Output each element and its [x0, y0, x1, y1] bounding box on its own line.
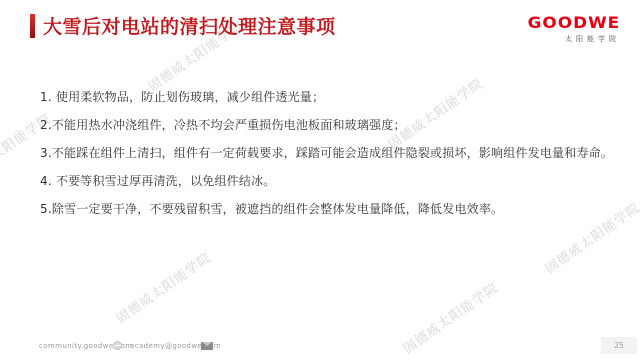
watermark: 固德威太阳能学院	[112, 247, 215, 327]
list-item: 3.不能踩在组件上清扫，组件有一定荷载要求，踩踏可能会造成组件隐裂或损坏，影响组…	[40, 146, 610, 160]
page-number-box: 25	[601, 337, 637, 354]
slide-footer: community.goodwe.com academy@goodwe.com …	[0, 334, 640, 360]
logo-subtitle: 太阳能学院	[532, 34, 620, 44]
title-accent-bar	[30, 14, 35, 38]
goodwe-logo: GOODWE 太阳能学院	[532, 15, 620, 44]
mail-icon	[201, 342, 213, 350]
globe-icon	[113, 341, 122, 350]
slide-title: 大雪后对电站的清扫处理注意事项	[43, 12, 336, 39]
notes-list: 1. 使用柔软物品，防止划伤玻璃，减少组件透光量； 2.不能用热水冲浇组件，冷热…	[40, 90, 610, 230]
list-item: 2.不能用热水冲浇组件，冷热不均会严重损伤电池板面和玻璃强度；	[40, 118, 610, 132]
list-item: 4. 不要等积雪过厚再清洗，以免组件结冰。	[40, 174, 610, 188]
slide-canvas: 固德威太阳能学院 固德威太阳能学院 固德威太阳能学院 固德威太阳能学院 固德威太…	[0, 0, 640, 360]
list-item: 5.除雪一定要干净，不要残留积雪，被遮挡的组件会整体发电量降低，降低发电效率。	[40, 202, 610, 216]
page-number: 25	[614, 341, 624, 350]
goodwe-logo-text: GOODWE	[527, 15, 620, 31]
list-item: 1. 使用柔软物品，防止划伤玻璃，减少组件透光量；	[40, 90, 610, 104]
